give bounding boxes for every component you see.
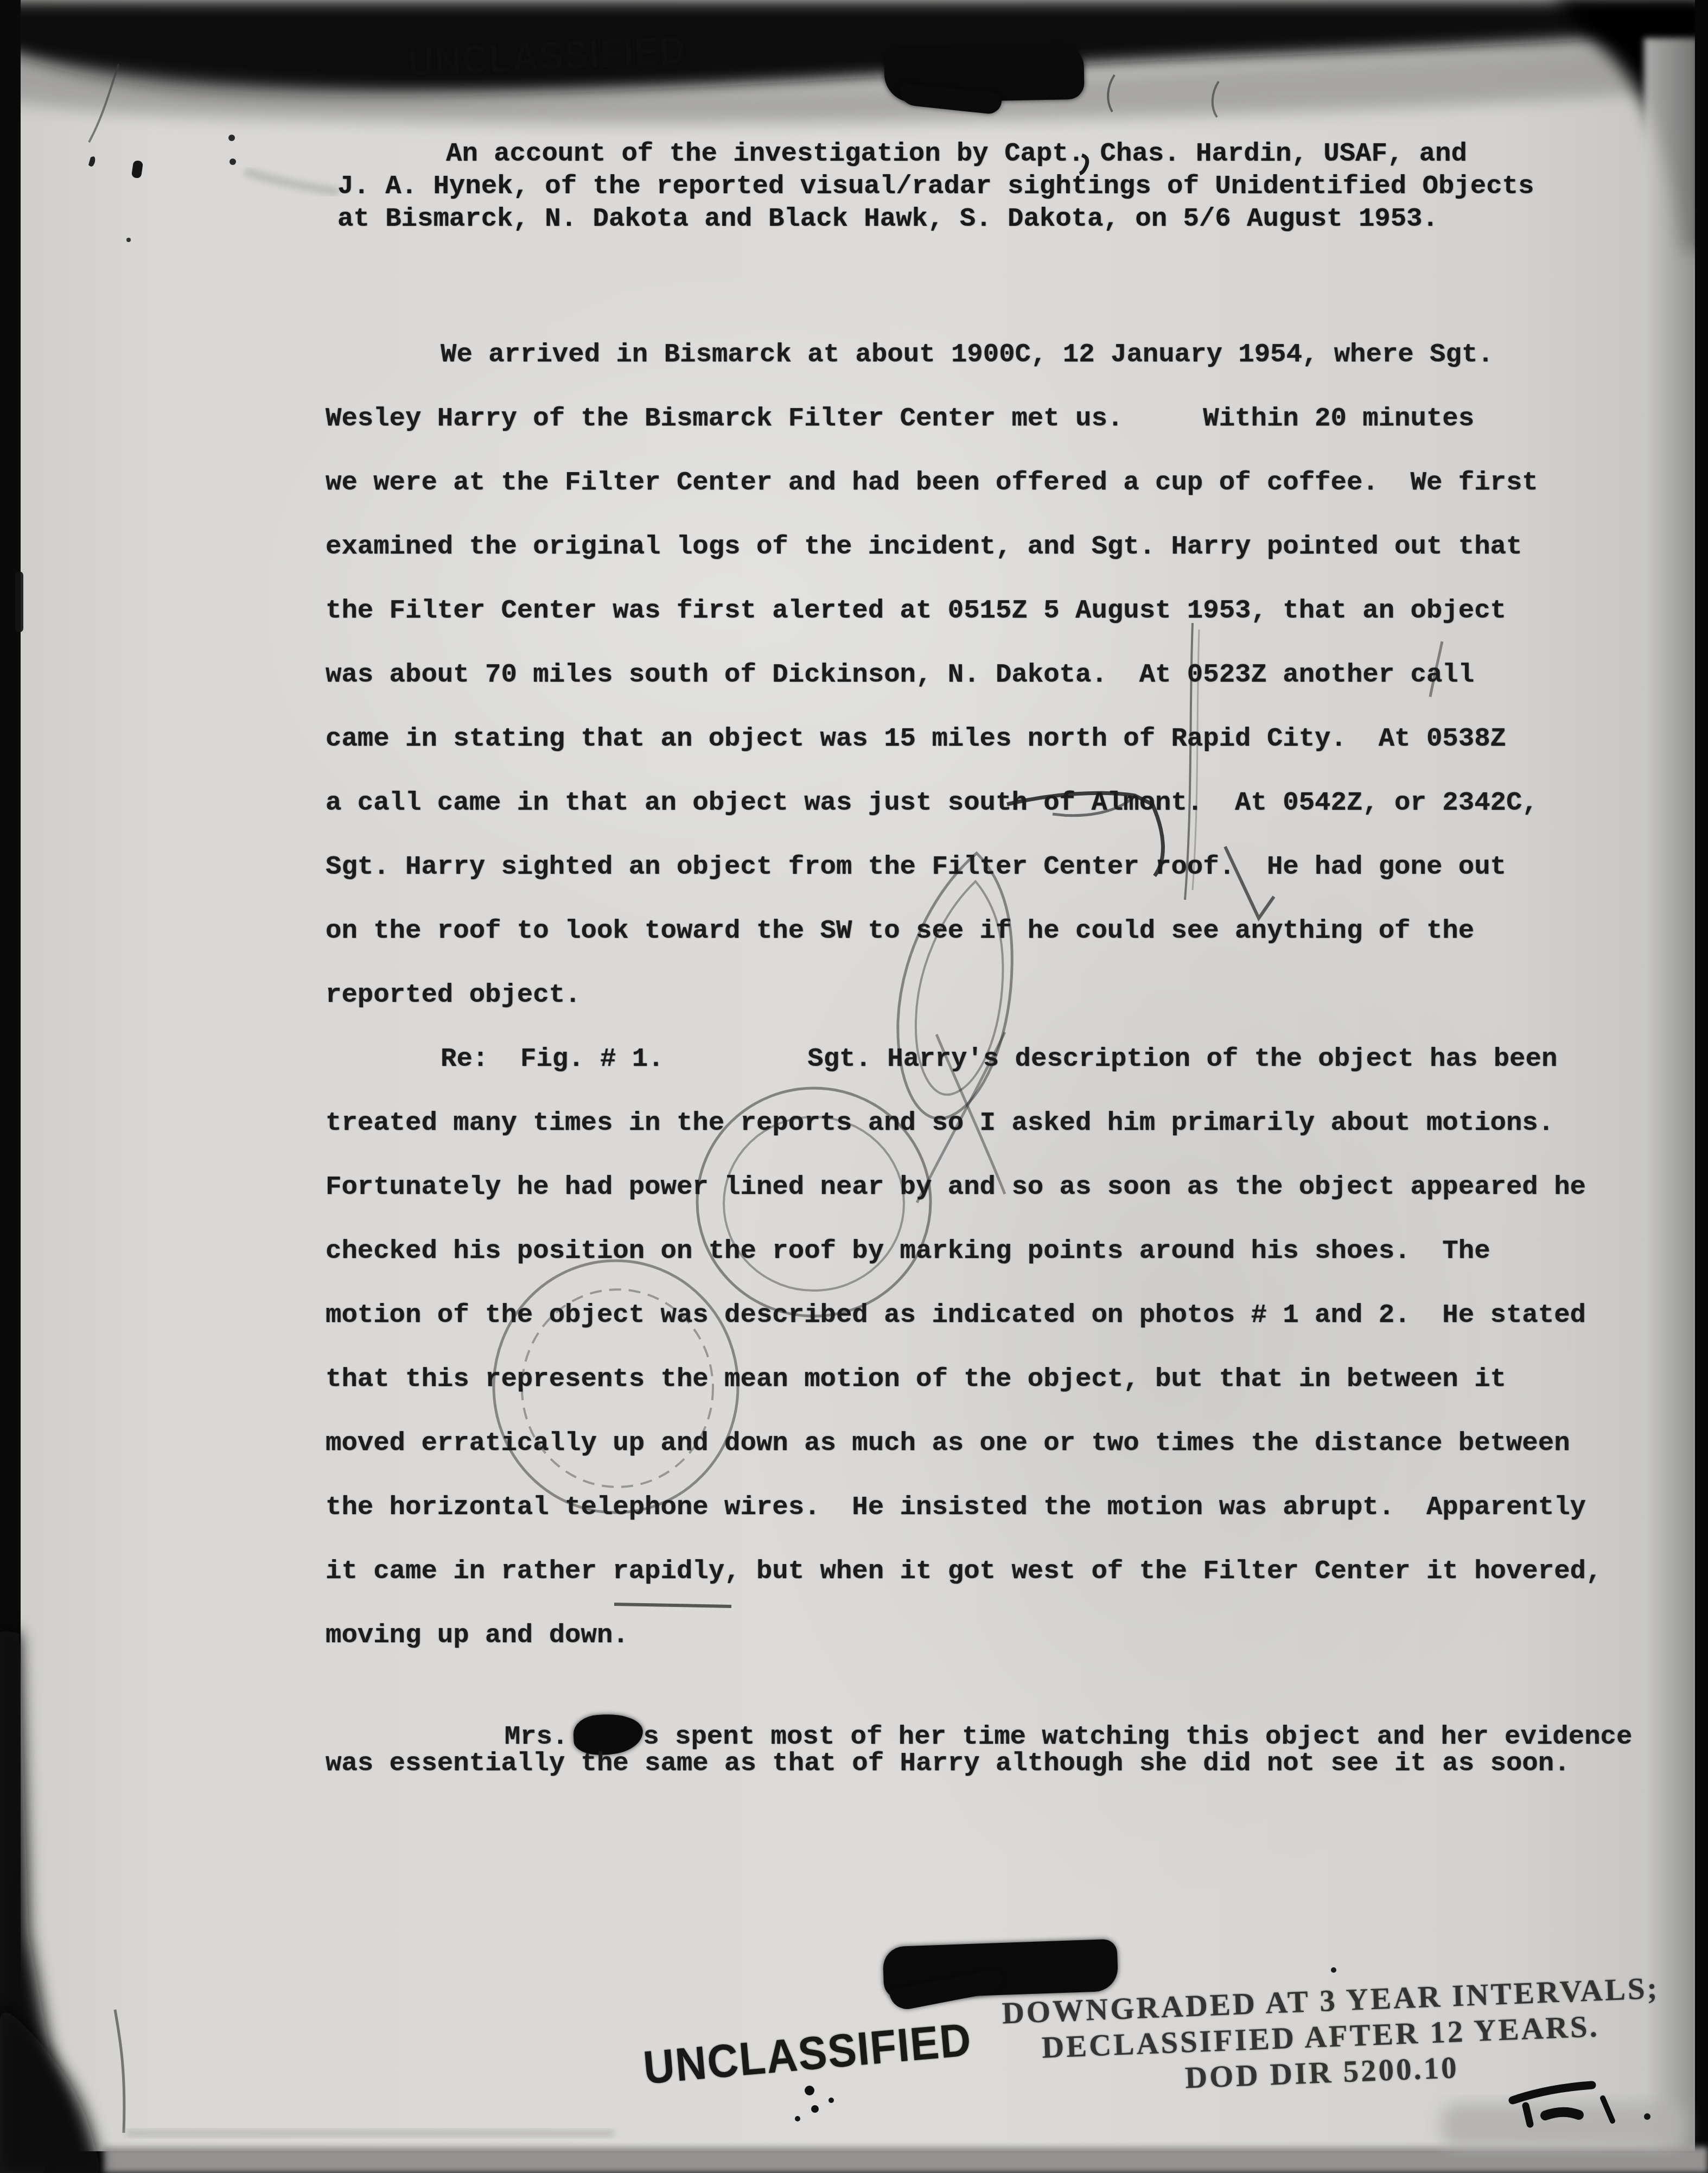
typed-line: the horizontal telephone wires. He insis… — [326, 1492, 1586, 1522]
typed-line: checked his position on the roof by mark… — [326, 1236, 1490, 1266]
typed-line: Sgt. Harry sighted an object from the Fi… — [326, 852, 1506, 882]
scanned-document-page: UNCLASSIFIED An account of the investiga… — [0, 0, 1708, 2173]
typed-line: came in stating that an object was 15 mi… — [326, 723, 1506, 754]
redacted-line-prefix: Mrs. — [505, 1721, 569, 1752]
header-line: J. A. Hynek, of the reported visual/rada… — [337, 171, 1534, 201]
paper-sheet — [20, 0, 1698, 2151]
typed-line: moved erratically up and down as much as… — [326, 1428, 1570, 1458]
typed-line: it came in rather rapidly, but when it g… — [326, 1556, 1602, 1586]
typed-line: that this represents the mean motion of … — [326, 1364, 1506, 1394]
typed-line: We arrived in Bismarck at about 1900C, 1… — [326, 339, 1494, 370]
header-line: at Bismarck, N. Dakota and Black Hawk, S… — [337, 204, 1438, 234]
typed-line: examined the original logs of the incide… — [326, 531, 1522, 562]
scan-edge-left — [0, 0, 21, 2173]
redacted-line-suffix: s spent most of her time watching this o… — [643, 1721, 1632, 1752]
typed-line: a call came in that an object was just s… — [326, 787, 1538, 818]
typed-line: was essentially the same as that of Harr… — [326, 1748, 1570, 1778]
typed-line: moving up and down. — [326, 1620, 629, 1650]
typed-line: Re: Fig. # 1. Sgt. Harry's description o… — [326, 1044, 1557, 1074]
typed-line: Fortunately he had power lined near by a… — [326, 1172, 1586, 1202]
typed-line: we were at the Filter Center and had bee… — [326, 467, 1538, 498]
typed-line: the Filter Center was first alerted at 0… — [326, 595, 1506, 626]
typed-line: was about 70 miles south of Dickinson, N… — [326, 659, 1474, 690]
header-line: An account of the investigation by Capt.… — [337, 138, 1467, 169]
typed-line: motion of the object was described as in… — [326, 1300, 1586, 1330]
typed-line: Wesley Harry of the Bismarck Filter Cent… — [326, 403, 1474, 434]
typed-line: on the roof to look toward the SW to see… — [326, 916, 1474, 946]
typed-line: reported object. — [326, 980, 581, 1010]
typed-line: treated many times in the reports and so… — [326, 1108, 1554, 1138]
